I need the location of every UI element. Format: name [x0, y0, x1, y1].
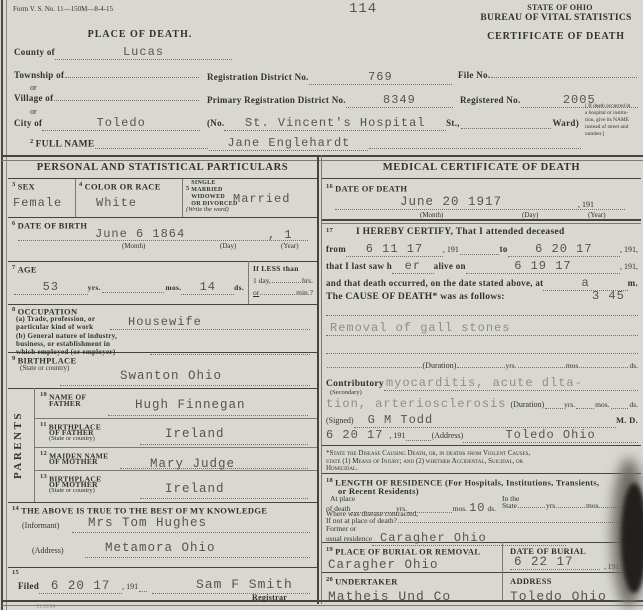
certify-from-value: 6 11 17: [346, 242, 443, 257]
full-name-row: 2FULL NAME Jane Englehardt: [30, 136, 582, 151]
certify-line2: from 6 11 17 , 191 to 6 20 17 , 191,: [326, 242, 638, 257]
divider-line: [8, 261, 317, 262]
township-blank: [65, 75, 199, 78]
certify-saw-label: that I last saw h: [326, 261, 392, 271]
marital-label-block: 5 SINGLE MARRIED WIDOWED OR DIVORCED: [186, 180, 238, 208]
sex-value: Female: [13, 196, 62, 210]
registered-no-label: Registered No.: [460, 95, 521, 105]
signed-blank: [406, 438, 430, 441]
cause-rule-2: [326, 334, 638, 336]
divider-line: [322, 572, 641, 573]
duration2-yrs: yrs.: [564, 400, 575, 409]
occupation-b-line2: business, or establishment in: [16, 340, 110, 348]
occupation-a-line2: particular kind of work: [16, 323, 93, 331]
file-no-row: File No.: [458, 70, 638, 80]
residence-contracted-row: If not at place of death?: [326, 516, 638, 525]
contributory-value-1: myocarditis, acute dlta-: [384, 376, 638, 391]
registrar-label: Registrar: [252, 593, 287, 602]
hospital-note-line: [ If death occurred in: [585, 103, 641, 110]
age-hrs-label: hrs.: [302, 276, 313, 285]
signed-address-label: (Address): [432, 431, 464, 440]
burial-date-rule: [510, 568, 600, 570]
age-months-blank: [102, 290, 165, 293]
res-ds: ds.: [487, 504, 496, 513]
primary-registration-value: 8349: [346, 93, 453, 108]
marital-num: 5: [186, 185, 189, 192]
certify-occurred-label: and that death occurred, on the date sta…: [326, 278, 543, 288]
hospital-note-line: number.]: [585, 131, 641, 138]
informant-value: Mrs Tom Hughes: [88, 516, 207, 530]
parents-label: PARENTS: [12, 394, 24, 496]
divider-line: [8, 388, 317, 389]
village-label: Village of: [14, 93, 53, 103]
certificate-number: 114: [349, 1, 377, 17]
certify-y3: , 191,: [620, 262, 638, 271]
residence-in-state-2: State: [502, 501, 517, 510]
footer-code: 11 2194: [36, 604, 55, 610]
street-value: St. Vincent's Hospital: [224, 116, 446, 131]
age-min-blank: [260, 292, 295, 295]
age-less-line3: or min.?: [253, 288, 313, 297]
filed-date-value: 6 20 17: [39, 579, 122, 594]
full-name-value: Jane Englehardt: [209, 136, 368, 151]
state-header: STATE OF OHIO: [480, 3, 640, 12]
age-days-value: 14: [181, 280, 234, 295]
residence-former-value: Caragher Ohio: [372, 531, 566, 546]
hospital-note-line: tion, give its NAME: [585, 117, 641, 124]
res-mos: mos.: [453, 504, 467, 513]
cause-footnote: *State the Disease Causing Death, or, in…: [326, 450, 640, 473]
signed-address-value: Toledo Ohio: [463, 428, 638, 443]
age-min-label: min.?: [296, 288, 313, 297]
full-name-label: 2FULL NAME: [30, 138, 94, 150]
registrar-signature: Sam F Smith: [196, 577, 293, 592]
dod-month-label: (Month): [420, 211, 443, 219]
date-of-death-suffix: , 191: [578, 200, 594, 209]
marital-hint: (Write the word): [186, 206, 229, 213]
hospital-note: [ If death occurred in a hospital or ins…: [585, 103, 641, 138]
age-days-label: ds.: [234, 283, 244, 292]
county-value: Lucas: [55, 45, 232, 60]
village-row: Village of: [14, 93, 200, 103]
divider-line: [8, 567, 317, 568]
informant-label: (Informant): [22, 521, 59, 530]
filed-year-suffix: , 191: [122, 582, 138, 591]
duration-mos: mos.: [566, 361, 580, 370]
divider-line: [322, 223, 641, 224]
certify-from-label: from: [326, 244, 346, 254]
certify-to-label: to: [500, 244, 508, 254]
res2-blank1: [518, 505, 545, 508]
file-no-label: File No.: [458, 70, 490, 80]
duration-blank0: [327, 365, 422, 368]
primary-registration-label: Primary Registration District No.: [207, 95, 346, 105]
occupation-b-rule: [150, 353, 310, 355]
color-race-value: White: [96, 196, 137, 210]
cell-divider: [182, 179, 183, 217]
primary-registration-row: Primary Registration District No. 8349: [207, 93, 453, 108]
cell-divider: [75, 179, 76, 217]
signed-date-row: 6 20 17 , 191 (Address) Toledo Ohio: [326, 428, 638, 443]
marital-line: MARRIED: [191, 187, 237, 194]
file-no-blank: [491, 75, 637, 78]
birthplace-value: Swanton Ohio: [120, 369, 222, 383]
ward-label: Ward): [552, 118, 579, 128]
filed-label: Filed: [18, 581, 39, 591]
dob-month-label: (Month): [122, 242, 145, 250]
signed-value: G M Todd: [354, 413, 616, 428]
res2-mos: mos.: [586, 501, 600, 510]
certify-m-label: m.: [628, 278, 638, 288]
registration-district-value: 769: [309, 70, 452, 85]
birthplace-sub: (State or country): [20, 364, 69, 372]
certify-num: 17: [326, 227, 333, 234]
cause-value: Removal of gall stones: [330, 321, 510, 335]
divider-line: [322, 473, 641, 474]
scan-edge-line: [1, 0, 3, 610]
md-label: M. D.: [616, 415, 638, 425]
mother-birthplace-sub: (State or country): [49, 487, 95, 494]
form-number: Form V. S. No. 11—150M—8-4-15: [13, 5, 113, 13]
burial-place-value: Caragher Ohio: [328, 558, 439, 572]
cell-divider: [502, 542, 503, 600]
residence-former-2: usual residence: [326, 534, 372, 543]
contributory-row: Contributory myocarditis, acute dlta-: [326, 376, 638, 391]
cause-duration-row: (Duration) yrs. mos. ds.: [326, 361, 638, 370]
certify-line1: I HEREBY CERTIFY, That I attended deceas…: [356, 227, 565, 237]
ward-blank: [461, 126, 552, 129]
street-row: (No. St. Vincent's Hospital St., Ward): [207, 116, 579, 131]
certify-alive-label: alive on: [434, 261, 466, 271]
occupation-b-line1: (b) General nature of industry,: [16, 332, 117, 340]
parents-divider: [34, 388, 35, 502]
city-row: City of Toledo: [14, 116, 200, 131]
informant-address-value: Metamora Ohio: [105, 541, 216, 555]
bottom-line-2: [2, 605, 643, 606]
res-days-value: 10: [469, 501, 485, 515]
age-months-label: mos.: [165, 283, 181, 292]
color-race-label: 4COLOR OR RACE: [79, 181, 161, 192]
scan-artifact-blob: [621, 483, 643, 593]
date-of-death-label: 16DATE OF DEATH: [326, 183, 407, 194]
age-less-day: 1 day,: [253, 276, 271, 285]
marital-value: Married: [233, 192, 290, 206]
certify-saw-value: er: [392, 259, 434, 274]
divider-line: [8, 217, 317, 218]
duration2-ds: ds.: [629, 400, 638, 409]
dod-day-label: (Day): [522, 211, 538, 219]
township-label: Township of: [14, 70, 64, 80]
contributory-row-2: tion, arteriosclerosis (Duration) yrs. m…: [326, 397, 638, 411]
age-row: 53 yrs. mos. 14 ds.: [14, 280, 244, 295]
marital-line: WIDOWED: [191, 194, 237, 201]
death-certificate-page: Form V. S. No. 11—150M—8-4-15 114 STATE …: [0, 0, 643, 610]
right-column-header: MEDICAL CERTIFICATE OF DEATH: [322, 162, 641, 173]
divider-line: [2, 155, 643, 157]
divider-line: [34, 447, 317, 448]
full-name-blank-right: [369, 146, 581, 149]
divider-line: [2, 160, 643, 161]
divider-line: [34, 418, 317, 419]
duration-label: (Duration): [423, 361, 457, 370]
informant-rule: [72, 531, 310, 533]
village-blank: [54, 98, 199, 101]
certify-line3: that I last saw h er alive on 6 19 17 , …: [326, 259, 638, 274]
dob-day-label: (Day): [220, 242, 236, 250]
cause-rule-3: [326, 352, 638, 354]
hospital-note-line: a hospital or institu-: [585, 110, 641, 117]
scan-edge-line-2: [6, 0, 7, 610]
age-years-label: yrs.: [88, 283, 101, 292]
township-row: Township of: [14, 70, 200, 80]
filed-num: 15: [12, 569, 19, 576]
registration-district-row: Registration District No. 769: [207, 70, 452, 85]
contracted-blank: [398, 520, 637, 523]
cell-divider: [248, 261, 249, 304]
certify-y2: , 191,: [620, 245, 638, 254]
dob-value: June 6 1864: [95, 227, 185, 241]
duration-ds: ds.: [629, 361, 638, 370]
mother-maiden-rule: [120, 467, 308, 469]
footnote-line: Homicidal.: [326, 465, 640, 473]
full-name-blank-left: [95, 146, 208, 149]
contributory-label: Contributory: [326, 379, 384, 389]
duration2-label: (Duration): [510, 400, 544, 409]
age-less-line2: 1 day, hrs.: [253, 276, 313, 285]
county-row: County of Lucas: [14, 45, 232, 60]
father-name-rule: [108, 414, 308, 416]
signed-date-value: 6 20 17: [326, 428, 383, 442]
divider-line: [8, 304, 317, 305]
age-hrs-blank: [272, 280, 301, 283]
burial-date-value: 6 22 17: [514, 555, 574, 569]
mother-birthplace-value: Ireland: [165, 482, 225, 496]
duration-blank1: [457, 365, 504, 368]
divider-line: [322, 219, 641, 221]
or-1: or: [30, 83, 37, 92]
cause-rule-1: [326, 314, 638, 316]
divider-line: [321, 178, 641, 179]
street-st-label: St.,: [446, 118, 460, 128]
divider-line: [8, 502, 317, 503]
duration2-mos: mos.: [595, 400, 609, 409]
cause-of-death-label: The CAUSE OF DEATH* was as follows:: [326, 292, 505, 302]
occupation-a-line1: (a) Trade, profession, or: [16, 315, 95, 323]
mother-maiden-label2: OF MOTHER: [49, 457, 98, 466]
father-birthplace-rule: [140, 443, 308, 445]
undertaker-label: 20UNDERTAKER: [326, 576, 398, 587]
residence-former-row: usual residence Caragher Ohio: [326, 531, 566, 546]
contributory-value-2: tion, arteriosclerosis: [326, 397, 506, 411]
dob-year-label: (Year): [281, 242, 299, 250]
filed-row: Filed 6 20 17 , 191: [18, 579, 148, 594]
duration2-blank1: [545, 406, 563, 409]
dob-suffix: , 1: [268, 228, 293, 242]
res2-blank2: [558, 505, 585, 508]
signed-label: (Signed): [326, 416, 354, 425]
duration-blank3: [581, 365, 628, 368]
street-no-label: (No.: [207, 118, 224, 128]
column-divider: [317, 155, 319, 604]
divider-line: [8, 178, 317, 179]
city-label: City of: [14, 118, 42, 128]
duration-blank2: [518, 365, 565, 368]
city-value: Toledo: [42, 116, 200, 131]
duration-yrs: yrs.: [506, 361, 517, 370]
divider-line: [322, 445, 641, 446]
age-label: 7AGE: [12, 264, 37, 275]
dob-label: 6DATE OF BIRTH: [12, 220, 87, 231]
father-name-value: Hugh Finnegan: [135, 398, 246, 412]
age-years-value: 53: [14, 280, 88, 295]
duration2-blank3: [611, 406, 629, 409]
certify-blank1: [460, 252, 499, 255]
informant-address-label: (Address): [32, 546, 64, 555]
certify-y1: , 191: [443, 245, 459, 254]
certify-alive-value: 6 19 17: [466, 259, 620, 274]
place-of-death-title: PLACE OF DEATH.: [40, 29, 240, 40]
father-name-label2: FATHER: [49, 399, 81, 408]
occupation-a-value: Housewife: [128, 315, 202, 329]
father-birthplace-value: Ireland: [165, 427, 225, 441]
filed-blank: [139, 589, 147, 592]
age-less-line1: If LESS than: [253, 264, 299, 273]
burial-place-label: 19PLACE OF BURIAL OR REMOVAL: [326, 546, 480, 557]
duration2-blank2: [576, 406, 594, 409]
undertaker-value: Matheis Und Co: [328, 589, 451, 604]
time-of-death-value: 3 45: [592, 289, 625, 303]
signed-row: (Signed) G M Todd M. D.: [326, 413, 638, 428]
certify-to-value: 6 20 17: [508, 242, 620, 257]
secondary-label: (Secondary): [330, 389, 362, 396]
undertaker-address-value: Toledo Ohio: [510, 589, 607, 604]
father-birthplace-sub: (State or country): [49, 435, 95, 442]
registration-district-label: Registration District No.: [207, 72, 309, 82]
date-of-death-value: June 20 1917: [400, 195, 502, 209]
signed-year-suffix: , 191: [389, 431, 405, 440]
informant-address-rule: [85, 556, 310, 558]
left-column-header: PERSONAL AND STATISTICAL PARTICULARS: [8, 162, 317, 173]
mother-birthplace-rule: [140, 497, 308, 499]
marital-line: SINGLE: [191, 180, 237, 187]
full-name-num: 2: [30, 138, 34, 145]
bureau-header: BUREAU OF VITAL STATISTICS: [470, 13, 642, 23]
informant-statement: 14THE ABOVE IS TRUE TO THE BEST OF MY KN…: [12, 505, 267, 516]
sex-label: 3SEX: [12, 181, 35, 192]
hospital-note-line: instead of street and: [585, 124, 641, 131]
undertaker-address-label: ADDRESS: [510, 576, 552, 586]
footnote-line: state (1) Means of Injury; and (2) wheth…: [326, 458, 640, 466]
dod-year-label: (Year): [588, 211, 606, 219]
or-2: or: [30, 107, 37, 116]
county-label: County of: [14, 47, 55, 57]
certificate-of-death-title: CERTIFICATE OF DEATH: [470, 31, 642, 42]
age-or-label: or: [253, 288, 259, 297]
birthplace-rule: [60, 384, 310, 386]
res2-yrs: yrs.: [546, 501, 557, 510]
